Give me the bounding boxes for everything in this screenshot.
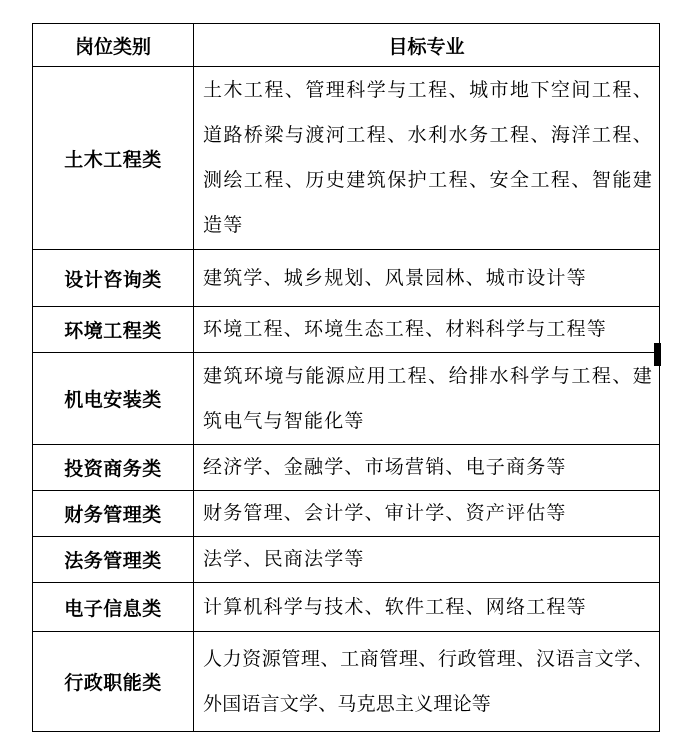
- category-cell: 机电安装类: [33, 353, 194, 445]
- category-cell: 财务管理类: [33, 491, 194, 537]
- table-row: 环境工程类 环境工程、环境生态工程、材料科学与工程等: [33, 307, 660, 353]
- category-cell: 环境工程类: [33, 307, 194, 353]
- table-row: 设计咨询类 建筑学、城乡规划、风景园林、城市设计等: [33, 250, 660, 307]
- majors-cell: 财务管理、会计学、审计学、资产评估等: [194, 491, 660, 537]
- category-cell: 土木工程类: [33, 67, 194, 250]
- right-border-artifact-mark: [654, 343, 661, 366]
- category-cell: 电子信息类: [33, 583, 194, 632]
- majors-cell: 法学、民商法学等: [194, 537, 660, 583]
- header-category: 岗位类别: [33, 24, 194, 67]
- table-row: 电子信息类 计算机科学与技术、软件工程、网络工程等: [33, 583, 660, 632]
- majors-cell: 建筑环境与能源应用工程、给排水科学与工程、建筑电气与智能化等: [194, 353, 660, 445]
- category-cell: 法务管理类: [33, 537, 194, 583]
- category-cell: 行政职能类: [33, 632, 194, 732]
- table-row: 法务管理类 法学、民商法学等: [33, 537, 660, 583]
- document-page: { "colors": { "background": "#ffffff", "…: [0, 0, 699, 747]
- category-cell: 投资商务类: [33, 445, 194, 491]
- majors-cell: 环境工程、环境生态工程、材料科学与工程等: [194, 307, 660, 353]
- majors-cell: 建筑学、城乡规划、风景园林、城市设计等: [194, 250, 660, 307]
- majors-cell: 人力资源管理、工商管理、行政管理、汉语言文学、外国语言文学、马克思主义理论等: [194, 632, 660, 732]
- table-row: 土木工程类 土木工程、管理科学与工程、城市地下空间工程、道路桥梁与渡河工程、水利…: [33, 67, 660, 250]
- header-row: 岗位类别 目标专业: [33, 24, 660, 67]
- table-row: 机电安装类 建筑环境与能源应用工程、给排水科学与工程、建筑电气与智能化等: [33, 353, 660, 445]
- table-row: 财务管理类 财务管理、会计学、审计学、资产评估等: [33, 491, 660, 537]
- table-row: 行政职能类 人力资源管理、工商管理、行政管理、汉语言文学、外国语言文学、马克思主…: [33, 632, 660, 732]
- table-body: 土木工程类 土木工程、管理科学与工程、城市地下空间工程、道路桥梁与渡河工程、水利…: [33, 67, 660, 732]
- majors-cell: 计算机科学与技术、软件工程、网络工程等: [194, 583, 660, 632]
- majors-cell: 经济学、金融学、市场营销、电子商务等: [194, 445, 660, 491]
- table-row: 投资商务类 经济学、金融学、市场营销、电子商务等: [33, 445, 660, 491]
- majors-cell: 土木工程、管理科学与工程、城市地下空间工程、道路桥梁与渡河工程、水利水务工程、海…: [194, 67, 660, 250]
- header-majors: 目标专业: [194, 24, 660, 67]
- table-header: 岗位类别 目标专业: [33, 24, 660, 67]
- category-cell: 设计咨询类: [33, 250, 194, 307]
- job-category-majors-table: 岗位类别 目标专业 土木工程类 土木工程、管理科学与工程、城市地下空间工程、道路…: [32, 23, 660, 732]
